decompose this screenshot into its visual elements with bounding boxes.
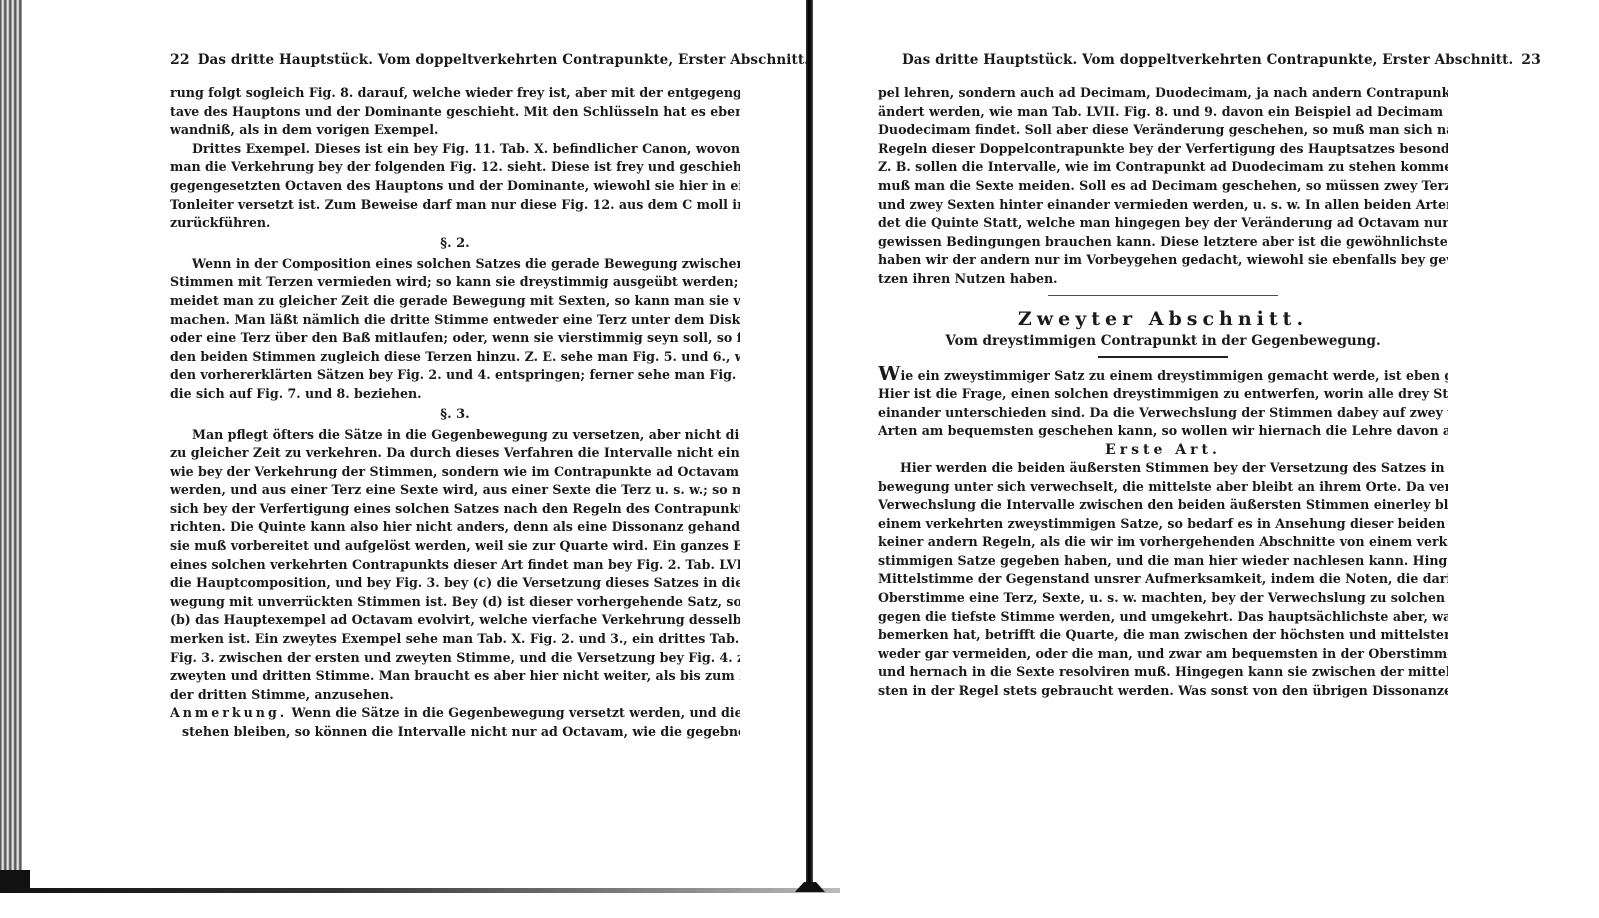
text-line: sie muß vorbereitet und aufgelöst werden… [170, 537, 740, 556]
text-line: Tonleiter versetzt ist. Zum Beweise darf… [170, 196, 740, 215]
running-head-title: Das dritte Hauptstück. Vom doppeltverkeh… [878, 52, 1513, 68]
running-head-left: 22 Das dritte Hauptstück. Vom doppeltver… [170, 52, 740, 68]
paragraph-erste-art: Hier werden die beiden äußersten Stimmen… [878, 459, 1448, 701]
text-line: der dritten Stimme, anzusehen. [170, 686, 740, 705]
text-line: Regeln dieser Doppelcontrapunkte bey der… [878, 140, 1448, 159]
page-number: 22 [170, 52, 190, 68]
text-line: zurückführen. [170, 214, 740, 233]
text-line: zu gleicher Zeit zu verkehren. Da durch … [170, 444, 740, 463]
section-mark-3: §. 3. [170, 404, 740, 426]
text-line: Fig. 3. zwischen der ersten und zweyten … [170, 649, 740, 668]
text-line: Drittes Exempel. Dieses ist ein bey Fig.… [170, 140, 740, 159]
text-line: keiner andern Regeln, als die wir im vor… [878, 533, 1448, 552]
paragraph-intro: Wie ein zweystimmiger Satz zu einem drey… [878, 366, 1448, 441]
text-line: Man pflegt öfters die Sätze in die Gegen… [170, 426, 740, 445]
text-line: sten in der Regel stets gebraucht werden… [878, 682, 1448, 701]
text-line: einander unterschieden sind. Da die Verw… [878, 404, 1448, 423]
anmerkung-text: Wenn die Sätze in die Gegenbewegung vers… [292, 705, 740, 720]
anmerkung-label: Anmerkung. [170, 705, 287, 720]
text-line: gewissen Bedingungen brauchen kann. Dies… [878, 233, 1448, 252]
right-page: Das dritte Hauptstück. Vom doppeltverkeh… [878, 52, 1448, 701]
text-line: Stimmen mit Terzen vermieden wird; so ka… [170, 273, 740, 292]
section-divider-rule [1048, 295, 1278, 297]
anmerkung-note: Anmerkung. Wenn die Sätze in die Gegenbe… [170, 704, 740, 741]
text-line: eines solchen verkehrten Contrapunkts di… [170, 556, 740, 575]
subsection-heading: Erste Art. [878, 441, 1448, 459]
text-line: pel lehren, sondern auch ad Decimam, Duo… [878, 84, 1448, 103]
text-line: werden, und aus einer Terz eine Sexte wi… [170, 481, 740, 500]
page-number: 23 [1521, 52, 1541, 68]
text-line: sich bey der Verfertigung eines solchen … [170, 500, 740, 519]
text-line: rung folgt sogleich Fig. 8. darauf, welc… [170, 84, 740, 103]
text-line: die Hauptcomposition, und bey Fig. 3. be… [170, 574, 740, 593]
text-line: wegung mit unverrückten Stimmen ist. Bey… [170, 593, 740, 612]
section-subheading: Vom dreystimmigen Contrapunkt in der Geg… [878, 332, 1448, 350]
paragraph-drittes-exempel: Drittes Exempel. Dieses ist ein bey Fig.… [170, 140, 740, 233]
text-line: richten. Die Quinte kann also hier nicht… [170, 518, 740, 537]
scanned-book-spread: 22 Das dritte Hauptstück. Vom doppeltver… [0, 0, 1599, 918]
text-line: meidet man zu gleicher Zeit die gerade B… [170, 292, 740, 311]
page-edge-stack [0, 0, 22, 890]
paragraph-section-3: Man pflegt öfters die Sätze in die Gegen… [170, 426, 740, 705]
text-line: und hernach in die Sexte resolviren muß.… [878, 663, 1448, 682]
text-line: die sich auf Fig. 7. und 8. beziehen. [170, 385, 740, 404]
text-line: gegengesetzten Octaven des Hauptons und … [170, 177, 740, 196]
text-line: den vorhererklärten Sätzen bey Fig. 2. u… [170, 366, 740, 385]
text-line: stehen bleiben, so können die Intervalle… [170, 723, 740, 742]
text-line: (b) das Hauptexempel ad Octavam evolvirt… [170, 611, 740, 630]
text-line: tave des Hauptons und der Dominante gesc… [170, 103, 740, 122]
text-line: gegen die tiefste Stimme werden, und umg… [878, 608, 1448, 627]
text-line: Hier ist die Frage, einen solchen dreyst… [878, 385, 1448, 404]
paragraph-continuation: rung folgt sogleich Fig. 8. darauf, welc… [170, 84, 740, 140]
text-line: merken ist. Ein zweytes Exempel sehe man… [170, 630, 740, 649]
text-line: stimmigen Satze gegeben haben, und die m… [878, 552, 1448, 571]
section-heading: Zweyter Abschnitt. [878, 306, 1448, 332]
initial-letter: W [878, 366, 900, 385]
text-line: den beiden Stimmen zugleich diese Terzen… [170, 348, 740, 367]
book-gutter-foot [795, 882, 825, 892]
text-line: bemerken hat, betrifft die Quarte, die m… [878, 626, 1448, 645]
text-line: tzen ihren Nutzen haben. [878, 270, 1448, 289]
text-line: haben wir der andern nur im Vorbeygehen … [878, 251, 1448, 270]
text-line: Verwechslung die Intervalle zwischen den… [878, 496, 1448, 515]
left-page: 22 Das dritte Hauptstück. Vom doppeltver… [170, 52, 740, 742]
text-line: Z. B. sollen die Intervalle, wie im Cont… [878, 158, 1448, 177]
text-line: Oberstimme eine Terz, Sexte, u. s. w. ma… [878, 589, 1448, 608]
text-line: Wie ein zweystimmiger Satz zu einem drey… [878, 366, 1448, 386]
text-line: Mittelstimme der Gegenstand unsrer Aufme… [878, 570, 1448, 589]
running-head-title: Das dritte Hauptstück. Vom doppeltverkeh… [198, 52, 809, 68]
text-line: machen. Man läßt nämlich die dritte Stim… [170, 311, 740, 330]
text-line: Arten am bequemsten geschehen kann, so w… [878, 422, 1448, 441]
text-line: zweyten und dritten Stimme. Man braucht … [170, 667, 740, 686]
text-line: man die Verkehrung bey der folgenden Fig… [170, 158, 740, 177]
running-head-right: Das dritte Hauptstück. Vom doppeltverkeh… [878, 52, 1448, 68]
text-line: Duodecimam findet. Soll aber diese Verän… [878, 121, 1448, 140]
text-line: bewegung unter sich verwechselt, die mit… [878, 478, 1448, 497]
text-line: ändert werden, wie man Tab. LVII. Fig. 8… [878, 103, 1448, 122]
text-line: wandniß, als in dem vorigen Exempel. [170, 121, 740, 140]
paragraph-section-2: Wenn in der Composition eines solchen Sa… [170, 255, 740, 404]
text-line: muß man die Sexte meiden. Soll es ad Dec… [878, 177, 1448, 196]
text-line: einem verkehrten zweystimmigen Satze, so… [878, 515, 1448, 534]
book-gutter [806, 0, 813, 892]
section-mark-2: §. 2. [170, 233, 740, 255]
paragraph-continuation: pel lehren, sondern auch ad Decimam, Duo… [878, 84, 1448, 289]
text-line: Hier werden die beiden äußersten Stimmen… [878, 459, 1448, 478]
text-line: wie bey der Verkehrung der Stimmen, sond… [170, 463, 740, 482]
page-bottom-edge [0, 888, 840, 893]
text-line: det die Quinte Statt, welche man hingege… [878, 214, 1448, 233]
intro-first-line: ie ein zweystimmiger Satz zu einem dreys… [900, 368, 1448, 383]
text-line: und zwey Sexten hinter einander vermiede… [878, 196, 1448, 215]
text-line: Anmerkung. Wenn die Sätze in die Gegenbe… [170, 704, 740, 723]
text-line: weder gar vermeiden, oder die man, und z… [878, 645, 1448, 664]
heading-underline-rule [1098, 356, 1228, 358]
text-line: Wenn in der Composition eines solchen Sa… [170, 255, 740, 274]
text-line: oder eine Terz über den Baß mitlaufen; o… [170, 329, 740, 348]
